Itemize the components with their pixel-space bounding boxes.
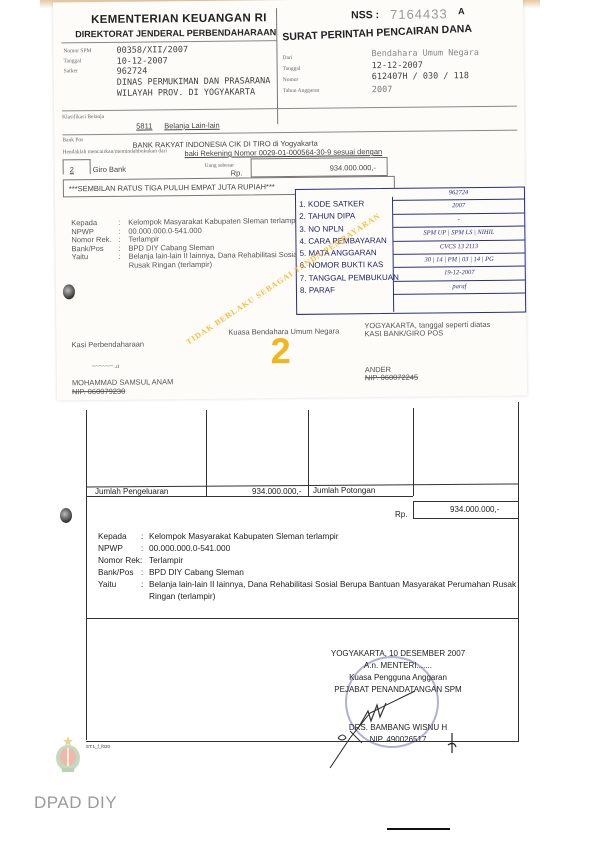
label-tahun-anggaran: Tahun Anggaran (283, 88, 319, 94)
label-nomor-spm: Nomor SPM (63, 48, 91, 54)
klasifikasi-desc: Belanja Lain-lain (164, 121, 220, 131)
label-tanggal-sp2d: Tanggal (283, 66, 301, 72)
label-yaitu: Yaitu (98, 578, 142, 590)
label-kepada: Kepada (98, 530, 142, 542)
sign-place-date: YOGYAKARTA, 10 DESEMBER 2007 (318, 648, 478, 660)
stamp-item-kode-satker: 1. KODE SATKER (299, 198, 398, 211)
satker-code: 962724 (117, 66, 148, 76)
form-code: ST:1_f_f020 (86, 744, 110, 749)
punch-hole (63, 284, 75, 299)
divider (86, 618, 518, 619)
doc-title: SURAT PERINTAH PENCAIRAN DANA (282, 23, 472, 44)
jumlah-pengeluaran-label: Jumlah Pengeluaran (95, 487, 168, 496)
label-bank-pos: Bank Pos (62, 137, 83, 143)
rp-label: Rp. (395, 510, 407, 519)
giro-label: Giro Bank (93, 165, 126, 174)
stamp-item-paraf: 8. PARAF (300, 284, 399, 297)
spm-bank-pos: BPD DIY Cabang Sleman (149, 566, 516, 578)
column-divider (413, 408, 414, 496)
signature-scribble: ~~~~~~ .a (92, 363, 120, 370)
sp2d-year: 2007 (372, 85, 393, 95)
stamp-value-row: 962724 (393, 187, 524, 202)
ministry-title: KEMENTERIAN KEUANGAN RI (91, 12, 267, 26)
stamp-value-row: CVCS 13 2113 (393, 240, 524, 255)
satker-name-2: WILAYAH PROV. DI YOGYAKARTA (117, 87, 255, 98)
nss-suffix: A (458, 6, 465, 16)
stamp-value-row: 19-12-2007 (394, 267, 525, 282)
label-npwp: NPWP (98, 542, 142, 554)
spm-recipient-labels: Kepada NPWP Nomor Rek: Bank/Pos Yaitu (98, 530, 142, 590)
instruction-text: Hendaklah mencairkan/memindahbukukan dar… (62, 148, 167, 155)
total-value: 934.000.000,- (450, 505, 499, 514)
nss-label: NSS : (351, 9, 379, 21)
column-divider (206, 410, 207, 496)
sp2d-number: 612407H / 030 / 118 (372, 71, 469, 82)
sig-right-title: KASI BANK/GIRO POS (364, 328, 443, 338)
sig-left-title: Kasi Perbendaharaan (71, 340, 144, 350)
stamp-value-row: 2007 (393, 200, 524, 215)
stamp-labels: 1. KODE SATKER 2. TAHUN DIPA 3. NO NPLN … (299, 198, 399, 297)
label-klasifikasi: Klasifikasi Belanja (62, 114, 104, 120)
punch-hole (60, 508, 72, 523)
stamp-item-tanggal-pembukuan: 7. TANGGAL PEMBUKUAN (300, 272, 399, 285)
dpad-brand: DPAD DIY (34, 793, 117, 813)
spm-kepada: Kelompok Masyarakat Kabupaten Sleman ter… (149, 530, 516, 542)
jumlah-pengeluaran-value: 934.000.000,- (252, 487, 301, 496)
label-nomor-sp2d: Nomor (283, 77, 299, 83)
copy-number: 2 (270, 330, 290, 372)
amount-value: 934.000.000,- (330, 163, 376, 172)
stamp-value-row: SPM UP | SPM LS | NIHIL (393, 227, 524, 242)
left-border (86, 410, 87, 740)
handwritten-signature (320, 683, 460, 773)
label-satker: Satker (64, 68, 78, 74)
recipient-labels: Kepada NPWP Nomor Rek. Bank/Pos Yaitu (71, 219, 111, 262)
count-value: 2 (70, 165, 74, 174)
sp2d-from: Bendahara Umum Negara (371, 48, 479, 59)
label-bank-pos: Bank/Pos (98, 566, 142, 578)
label-yaitu: Yaitu (72, 253, 112, 262)
spm-recipient-values: Kelompok Masyarakat Kabupaten Sleman ter… (149, 530, 516, 602)
stamp-value-column: 9627242007-SPM UP | SPM LS | NIHILCVCS 1… (393, 188, 525, 295)
stamp-item-tahun-dipa: 2. TAHUN DIPA (299, 210, 398, 223)
label-tanggal: Tanggal (64, 58, 82, 64)
satker-name-1: DINAS PERMUKIMAN DAN PRASARANA (117, 76, 271, 88)
spm-date: 10-12-2007 (117, 56, 168, 67)
nss-number: 7164433 (390, 6, 448, 22)
stamp-value-row: - (393, 213, 524, 228)
column-divider (308, 410, 309, 496)
spm-nomor-rek: Terlampir (149, 554, 516, 566)
sig-left-nip: NIP. 060079230 (72, 387, 125, 397)
stamp-value-row: 30 | 14 | PM | 03 | 14 | PG (394, 253, 525, 268)
sp2d-date: 12-12-2007 (372, 61, 423, 72)
spm-npwp: 00.000.000.0-541.000 (149, 542, 516, 554)
directorate-title: DIREKTORAT JENDERAL PERBENDAHARAAN (75, 27, 276, 39)
label-dari: Dari (282, 55, 292, 61)
sig-right-nip: NIP. 060072245 (365, 373, 418, 383)
spm-yaitu-1: Belanja lain-lain II lainnya, Dana Rehab… (149, 578, 516, 590)
row-divider (86, 496, 413, 497)
jumlah-potongan-label: Jumlah Potongan (313, 486, 375, 495)
colons: ::::: (118, 219, 121, 262)
rp-label: Rp. (231, 168, 243, 177)
spm-number: 00358/XII/2007 (116, 45, 188, 56)
right-border (518, 402, 519, 742)
klasifikasi-code: 5811 (136, 121, 152, 130)
dpad-logo-icon (52, 735, 84, 775)
bottom-border (86, 741, 518, 742)
spm-document: Jumlah Pengeluaran 934.000.000,- Jumlah … (0, 398, 595, 842)
stamp-value-row: paraf (394, 280, 525, 295)
bottom-mark (387, 828, 450, 830)
sign-an: A.n. MENTERI....... (318, 660, 478, 672)
spm-yaitu-2: Ringan (terlampir) (149, 590, 516, 602)
sp2d-document: KEMENTERIAN KEUANGAN RI DIREKTORAT JENDE… (53, 0, 527, 400)
colons: :::: (141, 530, 143, 590)
divider (61, 40, 276, 43)
label-nomor-rek: Nomor Rek: (98, 554, 142, 566)
count-box (63, 159, 91, 174)
divider (62, 130, 517, 136)
sig-mid-title: Kuasa Bendahara Umum Negara (228, 326, 339, 336)
